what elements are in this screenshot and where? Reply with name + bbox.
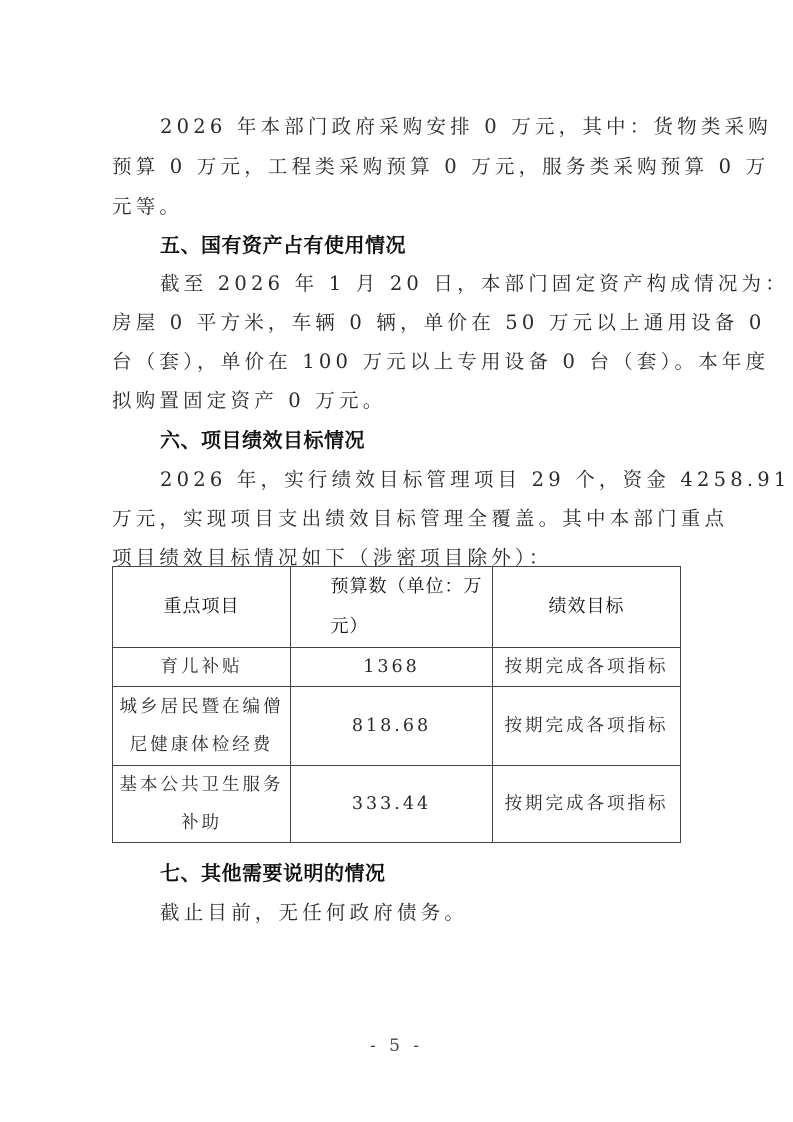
cell-project: 基本公共卫生服务 补助 bbox=[113, 766, 291, 843]
project-name: 育儿补贴 bbox=[161, 657, 243, 677]
cell-project: 城乡居民暨在编僧 尼健康体检经费 bbox=[113, 687, 291, 766]
project-name-line-2: 尼健康体检经费 bbox=[130, 735, 274, 755]
section-7-heading: 七、其他需要说明的情况 bbox=[160, 857, 386, 886]
section-6-heading: 六、项目绩效目标情况 bbox=[160, 424, 365, 453]
document-page: 2026 年本部门政府采购安排 0 万元，其中：货物类采购 预算 0 万元，工程… bbox=[0, 0, 793, 1122]
procurement-line-3: 元等。 bbox=[112, 191, 183, 219]
section-5-line-4: 拟购置固定资产 0 万元。 bbox=[112, 385, 386, 413]
cell-budget: 818.68 bbox=[291, 687, 493, 766]
header-budget: 预算数（单位：万 元） bbox=[291, 567, 493, 648]
cell-goal: 按期完成各项指标 bbox=[493, 648, 681, 687]
cell-goal: 按期完成各项指标 bbox=[493, 766, 681, 843]
table-row: 基本公共卫生服务 补助 333.44 按期完成各项指标 bbox=[113, 766, 681, 843]
header-project: 重点项目 bbox=[113, 567, 291, 648]
header-budget-line-1: 预算数（单位：万 bbox=[331, 576, 483, 597]
procurement-line-1: 2026 年本部门政府采购安排 0 万元，其中：货物类采购 bbox=[160, 111, 772, 139]
cell-budget: 333.44 bbox=[291, 766, 493, 843]
section-5-line-2: 房屋 0 平方米，车辆 0 辆，单价在 50 万元以上通用设备 0 bbox=[112, 307, 766, 335]
table-row: 育儿补贴 1368 按期完成各项指标 bbox=[113, 648, 681, 687]
project-name-line-1: 城乡居民暨在编僧 bbox=[120, 697, 284, 717]
cell-project: 育儿补贴 bbox=[113, 648, 291, 687]
cell-budget: 1368 bbox=[291, 648, 493, 687]
header-goal: 绩效目标 bbox=[493, 567, 681, 648]
project-name-line-1: 基本公共卫生服务 bbox=[120, 775, 284, 795]
procurement-line-2: 预算 0 万元，工程类采购预算 0 万元，服务类采购预算 0 万 bbox=[112, 151, 769, 179]
page-number: - 5 - bbox=[0, 1036, 793, 1056]
table-header-row: 重点项目 预算数（单位：万 元） 绩效目标 bbox=[113, 567, 681, 648]
key-projects-table: 重点项目 预算数（单位：万 元） 绩效目标 育儿补贴 1368 按期完成各项指标… bbox=[112, 566, 681, 843]
section-6-line-2: 万元，实现项目支出绩效目标管理全覆盖。其中本部门重点 bbox=[112, 503, 728, 531]
section-5-line-3: 台（套），单价在 100 万元以上专用设备 0 台（套）。本年度 bbox=[112, 346, 769, 374]
cell-goal: 按期完成各项指标 bbox=[493, 687, 681, 766]
project-name-line-2: 补助 bbox=[181, 813, 222, 833]
section-6-line-1: 2026 年，实行绩效目标管理项目 29 个，资金 4258.91 bbox=[160, 464, 790, 492]
section-5-heading: 五、国有资产占有使用情况 bbox=[160, 229, 406, 258]
table-row: 城乡居民暨在编僧 尼健康体检经费 818.68 按期完成各项指标 bbox=[113, 687, 681, 766]
section-7-line-1: 截止目前，无任何政府债务。 bbox=[160, 897, 468, 925]
header-budget-line-2: 元） bbox=[331, 616, 369, 637]
section-5-line-1: 截至 2026 年 1 月 20 日，本部门固定资产构成情况为： bbox=[160, 268, 789, 296]
